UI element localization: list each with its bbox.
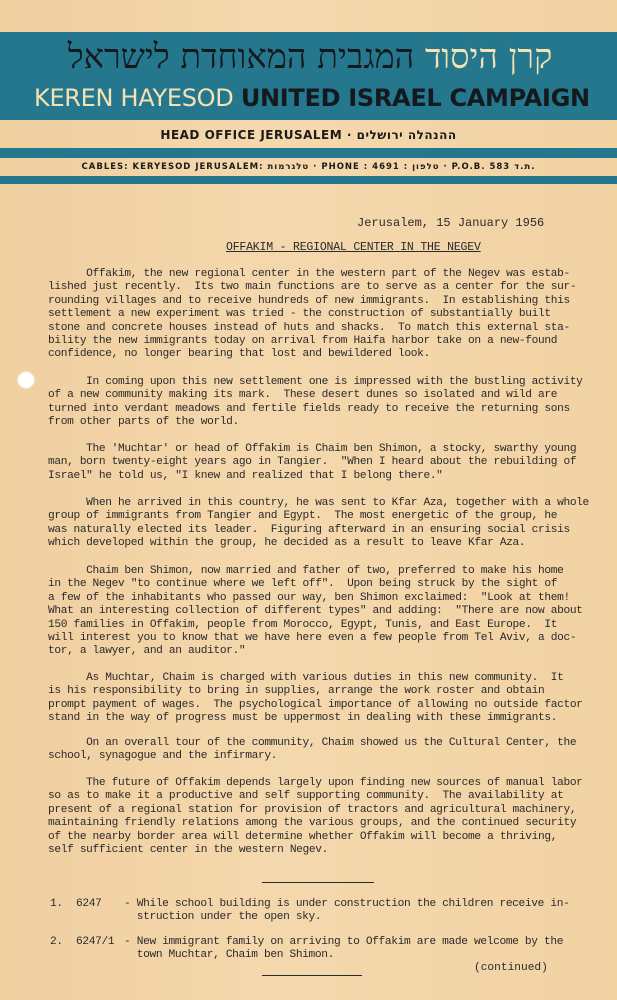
paragraph: Chaim ben Shimon, now married and father… [48, 565, 608, 659]
english-organization-name: KEREN HAYESOD UNITED ISRAEL CAMPAIGN [34, 80, 594, 116]
paragraph: The 'Muchtar' or head of Offakim is Chai… [48, 443, 608, 483]
paragraph: The future of Offakim depends largely up… [48, 777, 608, 857]
punch-hole [18, 372, 34, 388]
contact-line: CABLES: KERYESOD JERUSALEM: טלגרמות · PH… [0, 158, 617, 176]
head-office-line: HEAD OFFICE JERUSALEM · ההנהלה ירושלים [0, 122, 617, 148]
paragraph: Offakim, the new regional center in the … [48, 268, 608, 362]
caption-number: 1. [50, 898, 63, 911]
caption-text: - New immigrant family on arriving to Of… [124, 936, 563, 963]
hebrew-keren-hayesod: קרן היסוד [425, 37, 552, 77]
caption-photo-ref: 6247/1 [76, 936, 114, 949]
hebrew-organization-name: קרן היסוד המגבית המאוחדת לישראל [30, 34, 590, 80]
paragraph: In coming upon this new settlement one i… [48, 376, 608, 430]
separator-rule [262, 975, 362, 976]
continued-note: (continued) [474, 962, 548, 974]
letterhead-stripe [0, 148, 617, 158]
document-title: OFFAKIM - REGIONAL CENTER IN THE NEGEV [226, 241, 481, 254]
caption-photo-ref: 6247 [76, 898, 101, 911]
caption-number: 2. [50, 936, 63, 949]
letterhead-stripe [0, 176, 617, 184]
paragraph: When he arrived in this country, he was … [48, 497, 608, 551]
paragraph: On an overall tour of the community, Cha… [48, 737, 608, 764]
letter-page: קרן היסוד המגבית המאוחדת לישראל KEREN HA… [0, 0, 617, 1000]
separator-rule [262, 882, 374, 883]
paragraph: As Muchtar, Chaim is charged with variou… [48, 672, 608, 726]
united-israel-campaign-name: UNITED ISRAEL CAMPAIGN [241, 84, 590, 112]
keren-hayesod-name: KEREN HAYESOD [34, 84, 233, 112]
hebrew-united-israel-campaign: המגבית המאוחדת לישראל [68, 37, 415, 77]
caption-text: - While school building is under constru… [124, 898, 569, 925]
letter-date: Jerusalem, 15 January 1956 [357, 216, 544, 230]
